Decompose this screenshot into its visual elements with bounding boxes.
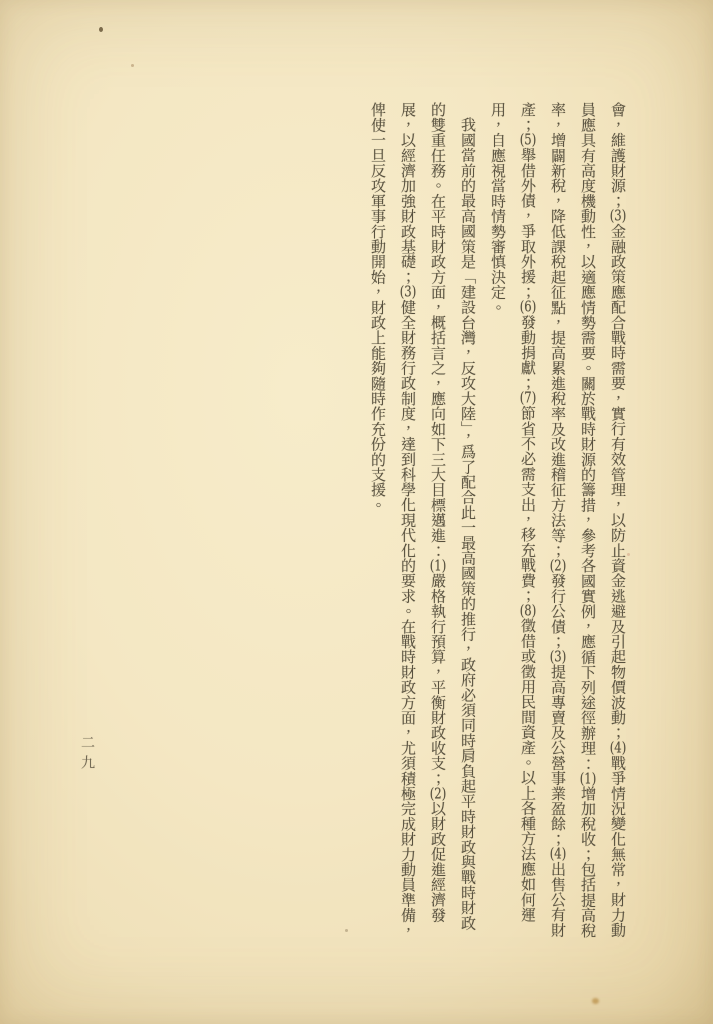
enumerator: (2) [429, 786, 447, 801]
paper-speck [99, 27, 103, 32]
enumerator: (3) [549, 649, 567, 664]
paper-stain [592, 998, 599, 1004]
enumerator: (7) [519, 390, 537, 405]
enumerator: (4) [609, 740, 627, 755]
enumerator: (3) [399, 284, 417, 299]
page-number: 二九 [77, 735, 97, 775]
enumerator: (8) [519, 603, 537, 618]
enumerator: (3) [609, 208, 627, 223]
paragraph-wartime-finance: 會，維護財源；(3)金融政策應配合戰時需要，實行有效管理，以防止資金逃避及引起物… [483, 102, 633, 944]
enumerator: (1) [579, 771, 597, 786]
enumerator: (1) [429, 558, 447, 573]
enumerator: (2) [549, 558, 567, 573]
paper-speck [345, 929, 348, 932]
paper-speck [131, 64, 134, 67]
vertical-text-block: 會，維護財源；(3)金融政策應配合戰時需要，實行有效管理，以防止資金逃避及引起物… [363, 102, 633, 944]
paragraph-national-policy: 我國當前的最高國策是「建設台灣，反攻大陸」，爲了配合此一最高國策的推行，政府必須… [363, 102, 483, 944]
document-page: 會，維護財源；(3)金融政策應配合戰時需要，實行有效管理，以防止資金逃避及引起物… [0, 0, 713, 1024]
enumerator: (5) [519, 132, 537, 147]
enumerator: (4) [549, 846, 567, 861]
enumerator: (6) [519, 299, 537, 314]
